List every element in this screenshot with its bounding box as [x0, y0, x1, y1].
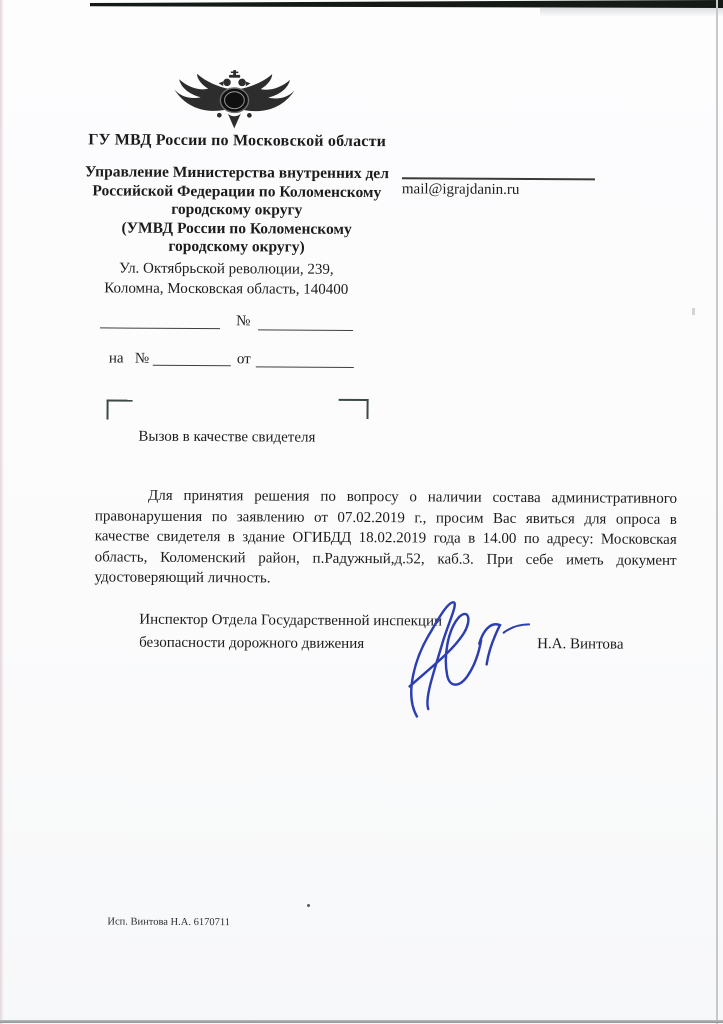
executor-footer: Исп. Винтова Н.А. 6170711 — [107, 916, 230, 928]
org-name-main: ГУ МВД России по Московской области — [77, 131, 397, 151]
ref-number-blank-line — [258, 329, 353, 331]
org-line: городскому округу) — [76, 237, 396, 257]
org-line: (УМВД России по Коломенскому — [77, 219, 397, 239]
ot-label: от — [237, 351, 251, 368]
org-name-full: Управление Министерства внутренних дел Р… — [76, 163, 397, 257]
addressee-corner-mark-left — [106, 399, 132, 419]
mvd-eagle-emblem-icon — [172, 69, 296, 132]
body-line: удостоверяющий личность. — [94, 567, 676, 591]
incoming-number-blank-line — [153, 365, 231, 366]
handwritten-signature — [391, 596, 542, 721]
signer-name: Н.А. Винтова — [537, 636, 623, 654]
body-line: качестве свидетеля в здание ОГИБДД 18.02… — [95, 526, 677, 550]
addressee-corner-mark-right — [338, 399, 368, 419]
letter-content: ГУ МВД России по Московской области Упра… — [0, 0, 723, 1024]
scanned-letter-page: ГУ МВД России по Московской области Упра… — [0, 0, 723, 1024]
address-line: Коломна, Московская область, 140400 — [66, 279, 386, 300]
scan-edge-right — [716, 0, 718, 1024]
scan-edge-left — [0, 0, 4, 1024]
na-label: на — [109, 350, 124, 367]
body-paragraph: Для принятия решения по вопросу о наличи… — [94, 485, 677, 591]
org-line: городскому округу — [77, 200, 397, 220]
number-sign: № — [135, 351, 149, 368]
org-line: Российской Федерации по Коломенскому — [77, 182, 397, 202]
address-line: Ул. Октябрьской революции, 239, — [66, 259, 386, 280]
number-sign: № — [236, 313, 250, 330]
body-line: Для принятия решения по вопросу о наличи… — [95, 485, 677, 509]
org-line: Управление Министерства внутренних дел — [77, 163, 397, 183]
ref-date-blank-line — [100, 327, 220, 329]
scan-edge-bottom — [0, 1020, 723, 1023]
email-text: mail@igrajdanin.ru — [402, 181, 520, 199]
incoming-date-blank-line — [256, 366, 354, 368]
email-underline — [402, 177, 595, 180]
postal-address: Ул. Октябрьской революции, 239, Коломна,… — [66, 259, 386, 300]
scan-edge-top-shadow — [540, 8, 723, 17]
subject-line: Вызов в качестве свидетеля — [138, 429, 315, 447]
